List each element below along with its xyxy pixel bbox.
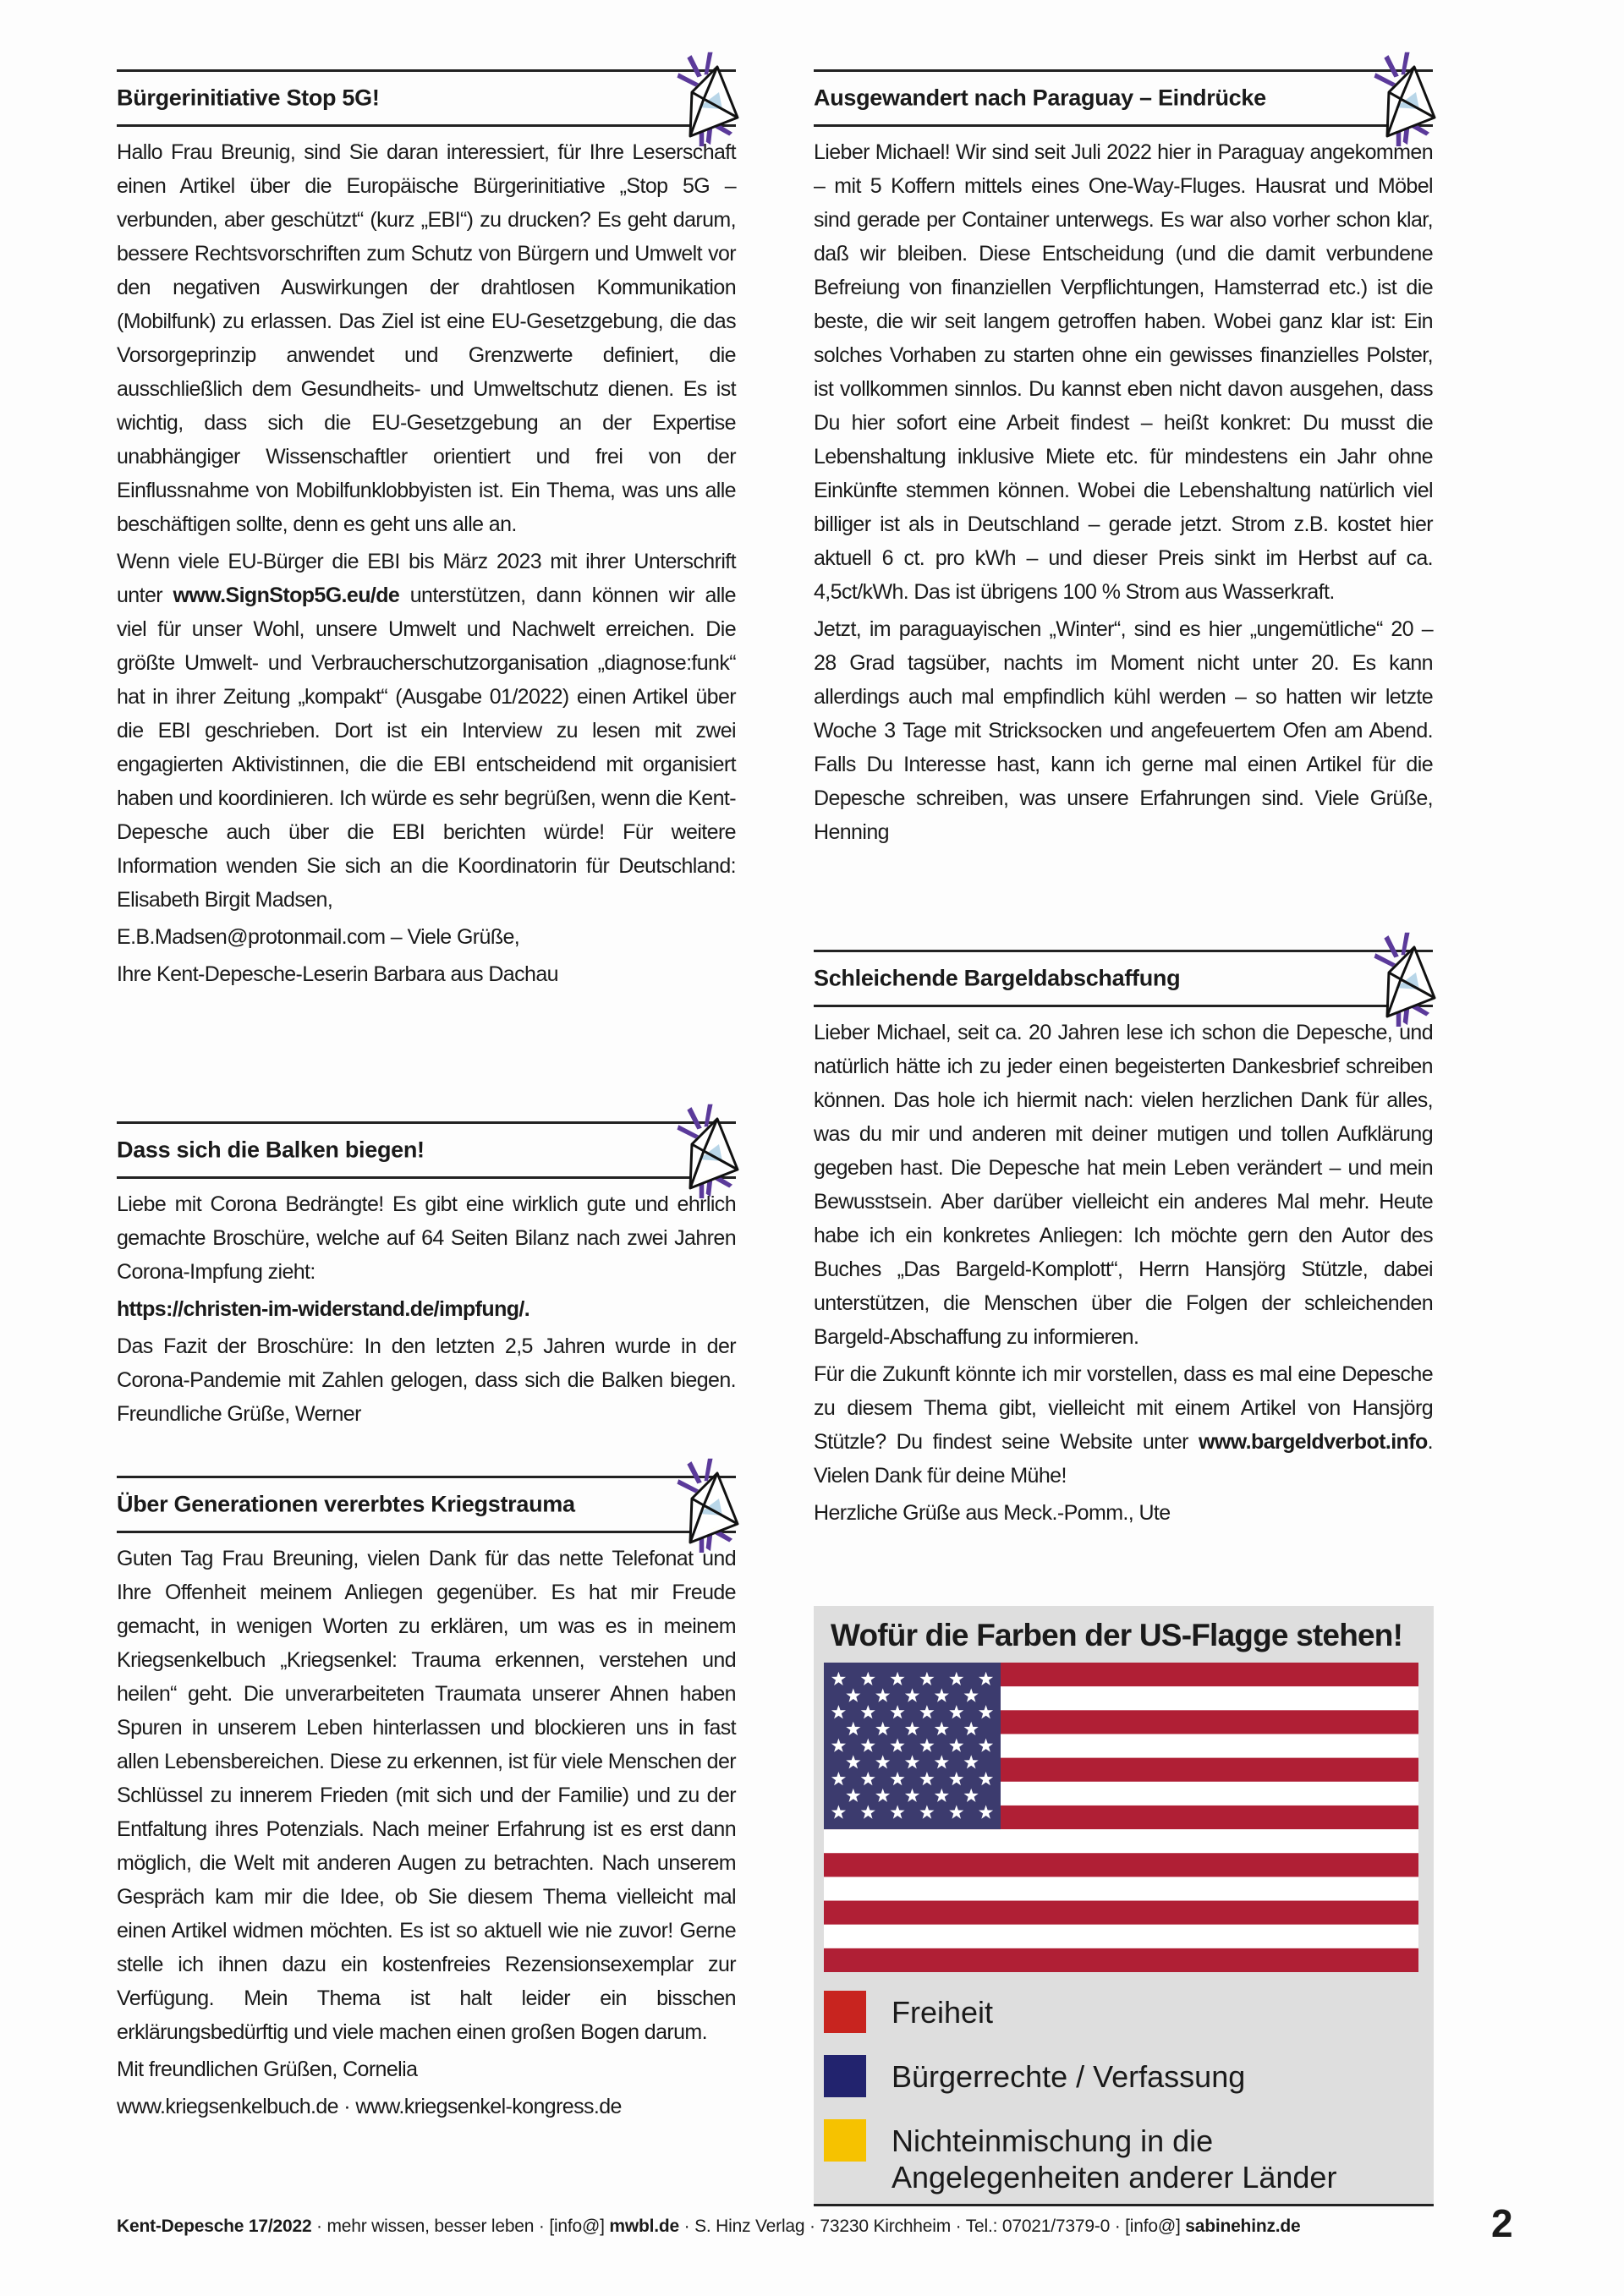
article-body: Lieber Michael! Wir sind seit Juli 2022 … — [814, 135, 1433, 849]
legend-label: Freiheit — [892, 1994, 993, 2030]
article-body: Hallo Frau Breunig, sind Sie daran inter… — [117, 135, 736, 991]
footer-publication: Kent-Depesche 17/2022 — [117, 2217, 311, 2236]
legend-label: Bürgerrechte / Verfassung — [892, 2058, 1245, 2095]
page-footer: Kent-Depesche 17/2022 · mehr wissen, bes… — [117, 2217, 1301, 2237]
paragraph: E.B.Madsen@protonmail.com – Viele Grüße, — [117, 920, 736, 954]
us-flag-image — [824, 1663, 1418, 1972]
footer-link-mwbl[interactable]: mwbl.de — [609, 2217, 679, 2236]
paragraph: Lieber Michael, seit ca. 20 Jahren lese … — [814, 1016, 1433, 1354]
article-body: Lieber Michael, seit ca. 20 Jahren lese … — [814, 1016, 1433, 1530]
article-paraguay: Ausgewandert nach Paraguay – Eindrücke L… — [814, 69, 1433, 852]
article-kriegstrauma: Über Generationen vererbtes Kriegstrauma… — [117, 1476, 736, 2127]
page-number: 2 — [1491, 2200, 1513, 2246]
legend-label-line1: Nichteinmischung in die — [892, 2123, 1213, 2158]
envelope-icon — [675, 1458, 739, 1553]
red-swatch — [824, 1991, 866, 2033]
paragraph: https://christen-im-widerstand.de/impfun… — [117, 1292, 736, 1326]
paragraph: Liebe mit Corona Bedrängte! Es gibt eine… — [117, 1187, 736, 1289]
legend-label: Nichteinmischung in die Angelegenheiten … — [892, 2123, 1336, 2195]
envelope-icon — [675, 1104, 739, 1198]
paragraph: Für die Zukunft könnte ich mir vorstelle… — [814, 1357, 1433, 1493]
envelope-icon — [1372, 52, 1436, 146]
article-title: Bürgerinitiative Stop 5G! — [117, 85, 380, 112]
envelope-icon — [675, 52, 739, 146]
envelope-icon — [1372, 932, 1436, 1027]
article-heading: Über Generationen vererbtes Kriegstrauma — [117, 1476, 736, 1533]
blue-swatch — [824, 2055, 866, 2097]
article-heading: Bürgerinitiative Stop 5G! — [117, 69, 736, 127]
paragraph: Das Fazit der Broschüre: In den letzten … — [117, 1329, 736, 1431]
article-title: Ausgewandert nach Paraguay – Eindrücke — [814, 85, 1266, 112]
article-heading: Ausgewandert nach Paraguay – Eindrücke — [814, 69, 1433, 127]
us-flag-infobox: Wofür die Farben der US-Flagge stehen! F… — [814, 1606, 1434, 2206]
paragraph: Wenn viele EU-Bürger die EBI bis März 20… — [117, 545, 736, 917]
article-stop-5g: Bürgerinitiative Stop 5G! Hallo Frau Bre… — [117, 69, 736, 995]
infobox-title: Wofür die Farben der US-Flagge stehen! — [831, 1618, 1402, 1653]
paragraph: Mit freundlichen Grüßen, Cornelia — [117, 2052, 736, 2086]
article-heading: Dass sich die Balken biegen! — [117, 1121, 736, 1179]
footer-link-sabinehinz[interactable]: sabinehinz.de — [1185, 2217, 1300, 2236]
paragraph: Herzliche Grüße aus Meck.-Pomm., Ute — [814, 1496, 1433, 1530]
article-title: Schleichende Bargeldabschaffung — [814, 966, 1180, 992]
article-body: Liebe mit Corona Bedrängte! Es gibt eine… — [117, 1187, 736, 1431]
article-title: Über Generationen vererbtes Kriegstrauma — [117, 1492, 575, 1518]
paragraph: Hallo Frau Breunig, sind Sie daran inter… — [117, 135, 736, 541]
article-bargeld: Schleichende Bargeldabschaffung Lieber M… — [814, 950, 1433, 1533]
footer-publisher: · S. Hinz Verlag · 73230 Kirchheim · Tel… — [679, 2217, 1185, 2236]
yellow-swatch — [824, 2119, 866, 2162]
paragraph: www.kriegsenkelbuch.de · www.kriegsenkel… — [117, 2090, 736, 2123]
paragraph: Lieber Michael! Wir sind seit Juli 2022 … — [814, 135, 1433, 609]
link[interactable]: https://christen-im-widerstand.de/impfun… — [117, 1297, 529, 1321]
link[interactable]: www.bargeldverbot.info — [1199, 1430, 1428, 1454]
paragraph: Ihre Kent-Depesche-Leserin Barbara aus D… — [117, 957, 736, 991]
paragraph: Jetzt, im paraguayischen „Winter“, sind … — [814, 612, 1433, 849]
footer-slogan: · mehr wissen, besser leben · [info@] — [311, 2217, 609, 2236]
paragraph: Guten Tag Frau Breuning, vielen Dank für… — [117, 1542, 736, 2049]
article-body: Guten Tag Frau Breuning, vielen Dank für… — [117, 1542, 736, 2123]
link[interactable]: www.SignStop5G.eu/de — [173, 584, 400, 607]
article-heading: Schleichende Bargeldabschaffung — [814, 950, 1433, 1007]
article-balken: Dass sich die Balken biegen! Liebe mit C… — [117, 1121, 736, 1434]
article-title: Dass sich die Balken biegen! — [117, 1137, 425, 1164]
legend-label-line2: Angelegenheiten anderer Länder — [892, 2160, 1336, 2195]
